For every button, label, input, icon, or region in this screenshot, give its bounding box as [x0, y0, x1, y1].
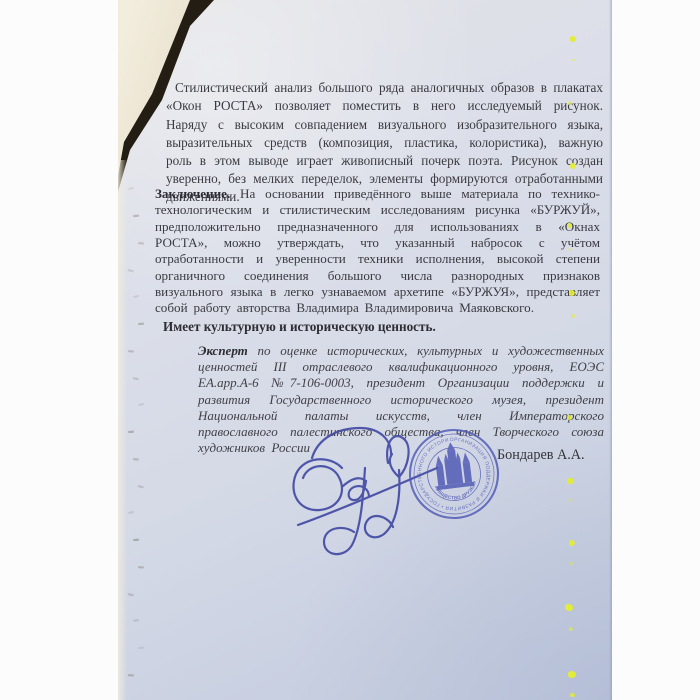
signatory-name: Бондарев А.А. [497, 447, 612, 464]
page-photo: Стилистический анализ большого ряда анал… [118, 0, 612, 700]
statement-of-value: Имеет культурную и историческую ценность… [163, 319, 608, 335]
page-left-edge [118, 160, 127, 700]
expert-credentials: Эксперт по оценке исторических, культурн… [198, 343, 604, 456]
expert-heading: Эксперт [198, 343, 248, 358]
paragraph-conclusion: Заключение. На основании приведённого вы… [155, 186, 600, 316]
scanned-expert-document: Стилистический анализ большого ряда анал… [0, 0, 700, 700]
conclusion-heading: Заключение. [155, 186, 230, 201]
conclusion-text: На основании приведённого выше материала… [155, 186, 600, 315]
expert-credentials-text: по оценке исторических, культурных и худ… [198, 343, 604, 455]
